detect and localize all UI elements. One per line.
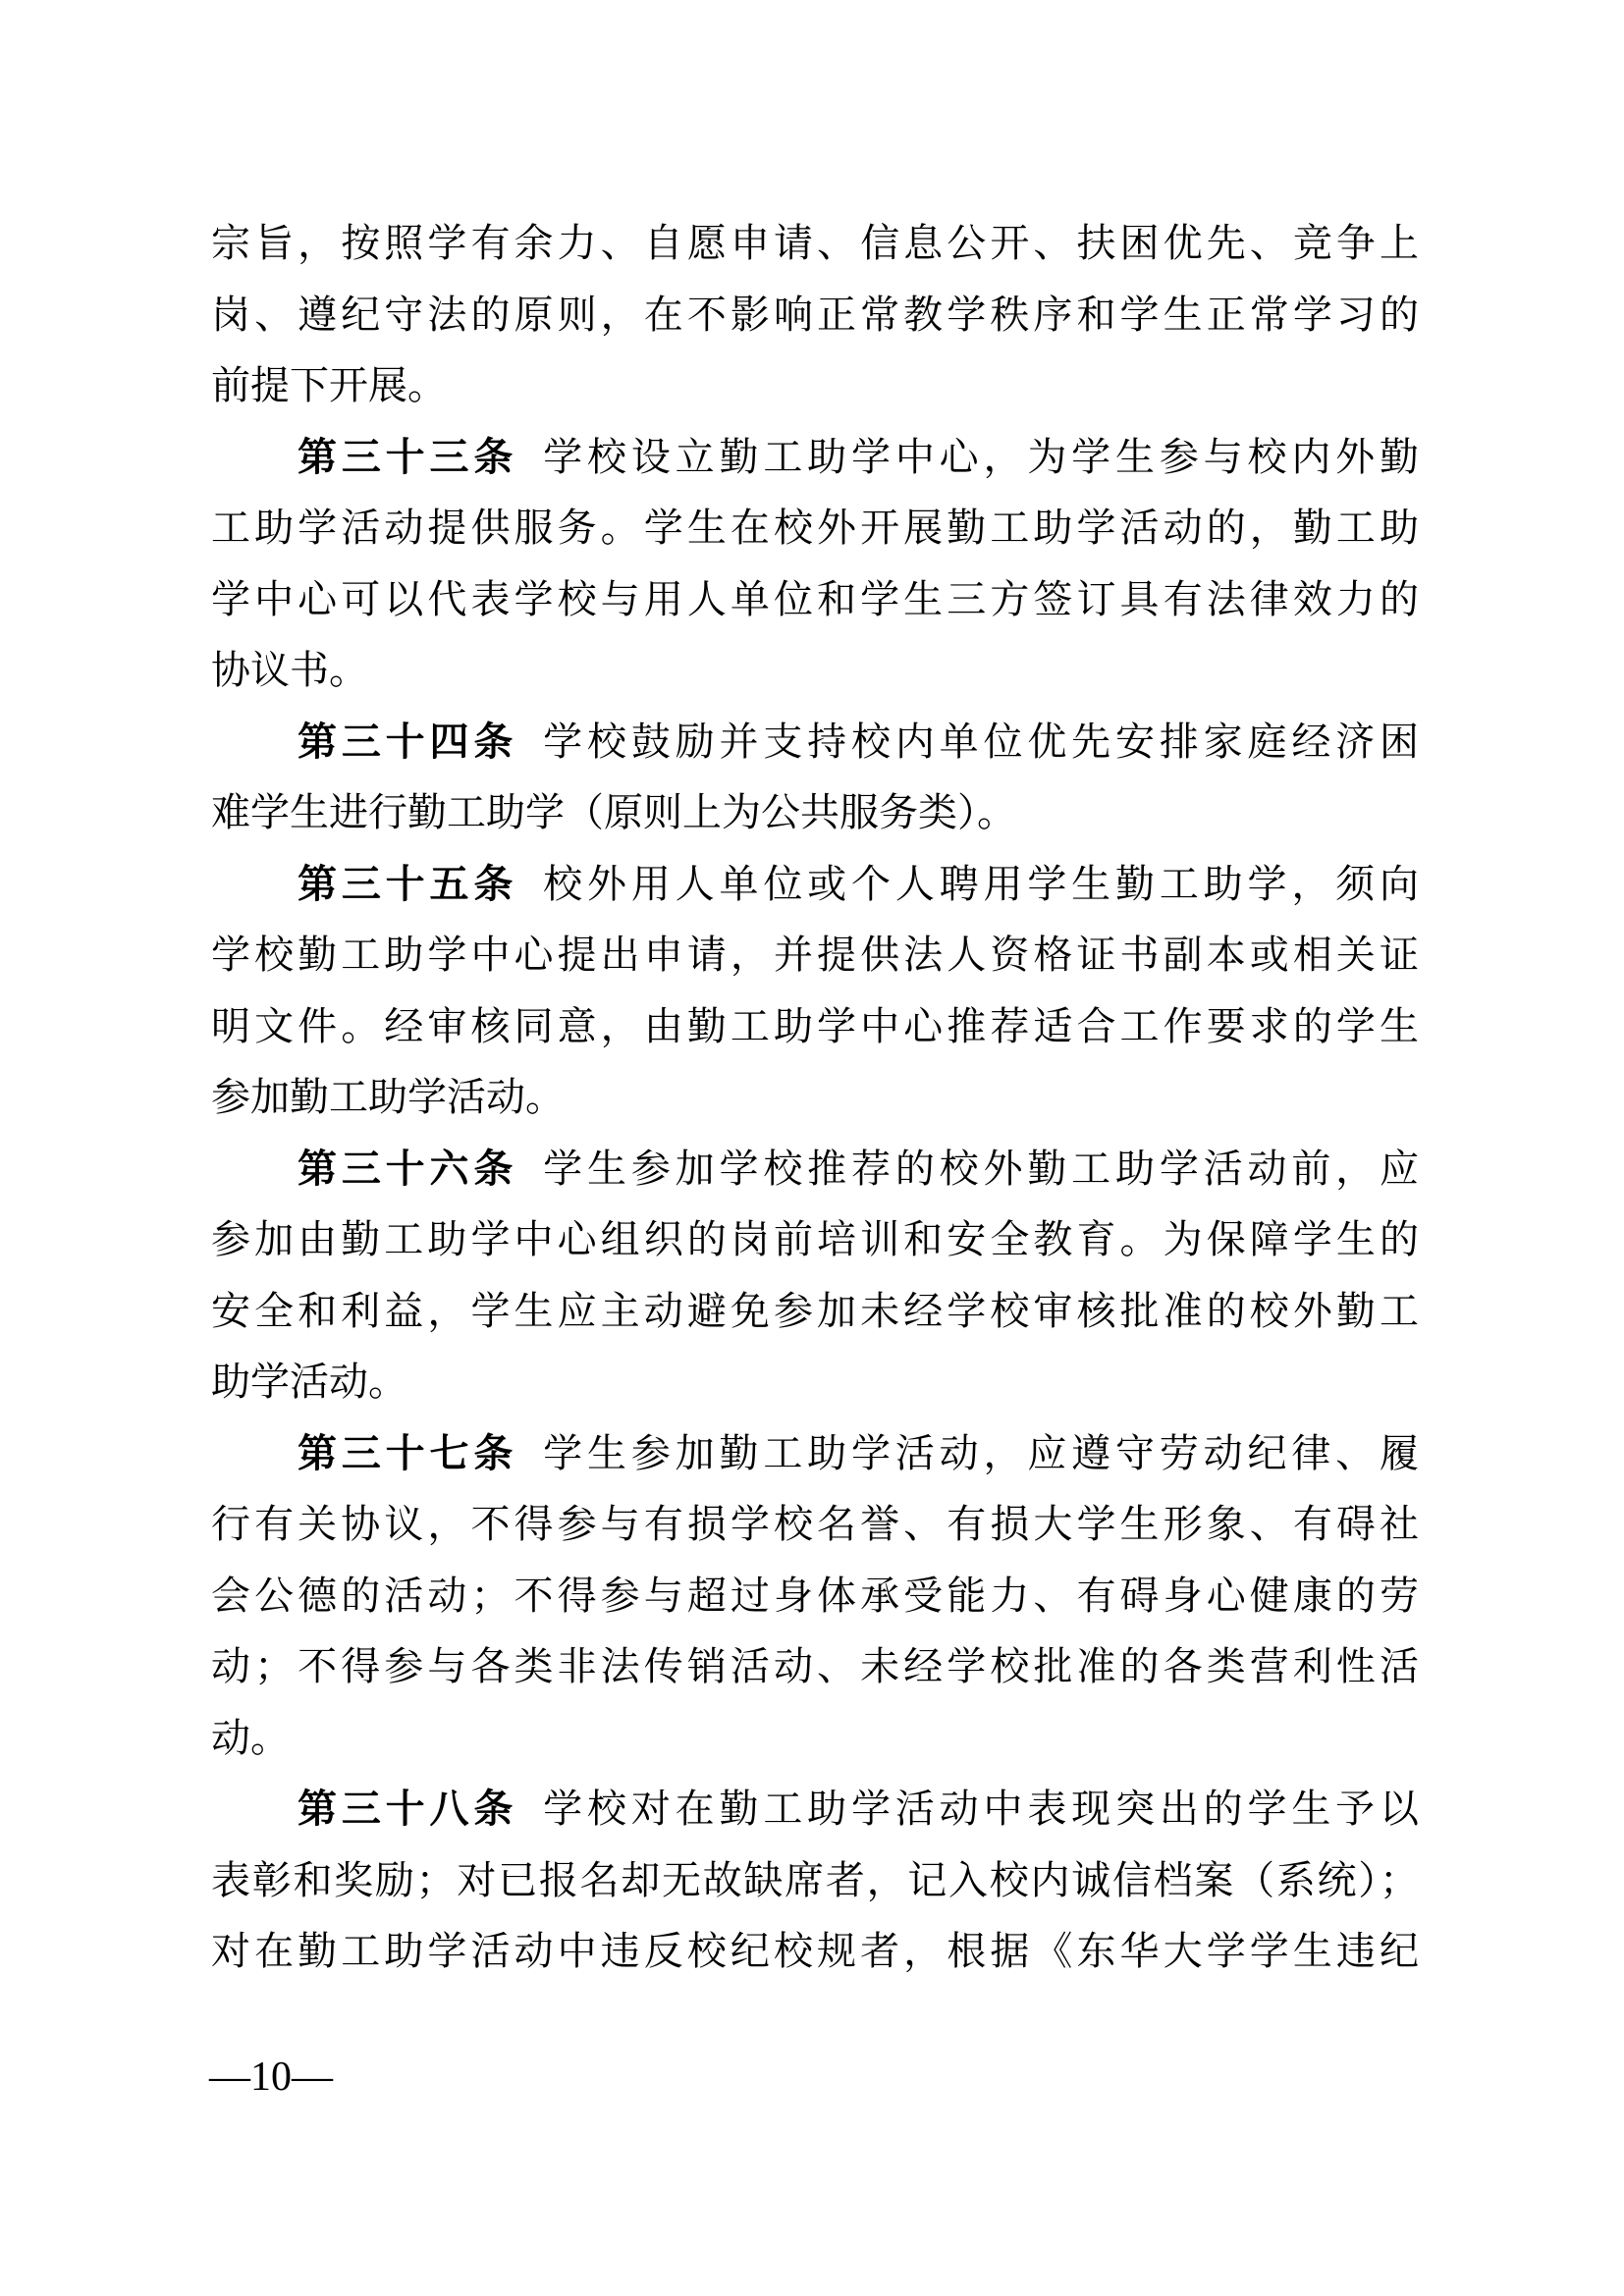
- line-text: 助学活动。: [211, 1360, 407, 1404]
- text-line: 行有关协议，不得参与有损学校名誉、有损大学生形象、有碍社: [211, 1489, 1419, 1561]
- text-line: 表彰和奖励；对已报名却无故缺席者，记入校内诚信档案（系统）；: [211, 1845, 1419, 1917]
- document-body-text: 宗旨，按照学有余力、自愿申请、信息公开、扶困优先、竞争上 岗、遵纪守法的原则，在…: [211, 208, 1419, 1988]
- line-text: 动；不得参与各类非法传销活动、未经学校批准的各类营利性活: [211, 1644, 1419, 1688]
- text-line: 学中心可以代表学校与用人单位和学生三方签订具有法律效力的: [211, 564, 1419, 636]
- text-line: 难学生进行勤工助学（原则上为公共服务类）。: [211, 777, 1419, 849]
- line-text: 学中心可以代表学校与用人单位和学生三方签订具有法律效力的: [211, 577, 1419, 621]
- text-line: 学校勤工助学中心提出申请，并提供法人资格证书副本或相关证: [211, 920, 1419, 991]
- text-line: 岗、遵纪守法的原则，在不影响正常教学秩序和学生正常学习的: [211, 280, 1419, 351]
- line-text: 学生参加勤工助学活动，应遵守劳动纪律、履: [543, 1431, 1419, 1475]
- line-text: 会公德的活动；不得参与超过身体承受能力、有碍身心健康的劳: [211, 1574, 1419, 1618]
- line-text: 难学生进行勤工助学（原则上为公共服务类）。: [211, 790, 1016, 834]
- document-page: 宗旨，按照学有余力、自愿申请、信息公开、扶困优先、竞争上 岗、遵纪守法的原则，在…: [0, 0, 1624, 2296]
- line-text: 参加勤工助学活动。: [211, 1075, 565, 1119]
- line-text: 协议书。: [211, 648, 368, 692]
- line-text: 学校勤工助学中心提出申请，并提供法人资格证书副本或相关证: [211, 933, 1419, 977]
- line-text: 动。: [211, 1716, 290, 1760]
- text-line: 对在勤工助学活动中违反校纪校规者，根据《东华大学学生违纪: [211, 1916, 1419, 1988]
- line-text: 学校设立勤工助学中心，为学生参与校内外勤: [543, 435, 1419, 479]
- text-line: 动；不得参与各类非法传销活动、未经学校批准的各类营利性活: [211, 1631, 1419, 1703]
- text-line-article-34: 第三十四条学校鼓励并支持校内单位优先安排家庭经济困: [211, 707, 1419, 778]
- text-line-article-37: 第三十七条学生参加勤工助学活动，应遵守劳动纪律、履: [211, 1418, 1419, 1490]
- line-text: 学校对在勤工助学活动中表现突出的学生予以: [543, 1787, 1419, 1831]
- text-line-article-35: 第三十五条校外用人单位或个人聘用学生勤工助学，须向: [211, 849, 1419, 921]
- article-number: 第三十四条: [298, 720, 517, 764]
- text-line: 参加勤工助学活动。: [211, 1062, 1419, 1134]
- text-line: 工助学活动提供服务。学生在校外开展勤工助学活动的，勤工助: [211, 493, 1419, 564]
- text-line-article-36: 第三十六条学生参加学校推荐的校外勤工助学活动前，应: [211, 1134, 1419, 1205]
- article-number: 第三十三条: [298, 435, 517, 479]
- text-line: 宗旨，按照学有余力、自愿申请、信息公开、扶困优先、竞争上: [211, 208, 1419, 280]
- text-line: 助学活动。: [211, 1347, 1419, 1418]
- line-text: 宗旨，按照学有余力、自愿申请、信息公开、扶困优先、竞争上: [211, 221, 1419, 265]
- text-line: 会公德的活动；不得参与超过身体承受能力、有碍身心健康的劳: [211, 1561, 1419, 1632]
- text-line-article-33: 第三十三条学校设立勤工助学中心，为学生参与校内外勤: [211, 422, 1419, 494]
- line-text: 前提下开展。: [211, 363, 447, 407]
- line-text: 学生参加学校推荐的校外勤工助学活动前，应: [543, 1147, 1419, 1191]
- article-number: 第三十八条: [298, 1787, 517, 1831]
- line-text: 明文件。经审核同意，由勤工助学中心推荐适合工作要求的学生: [211, 1004, 1419, 1048]
- text-line: 协议书。: [211, 635, 1419, 707]
- line-text: 对在勤工助学活动中违反校纪校规者，根据《东华大学学生违纪: [211, 1929, 1419, 1973]
- line-text: 岗、遵纪守法的原则，在不影响正常教学秩序和学生正常学习的: [211, 293, 1419, 337]
- page-number: —10—: [209, 2048, 333, 2107]
- text-line: 参加由勤工助学中心组织的岗前培训和安全教育。为保障学生的: [211, 1204, 1419, 1276]
- article-number: 第三十六条: [298, 1147, 517, 1191]
- line-text: 工助学活动提供服务。学生在校外开展勤工助学活动的，勤工助: [211, 506, 1419, 550]
- line-text: 校外用人单位或个人聘用学生勤工助学，须向: [543, 862, 1419, 906]
- line-text: 参加由勤工助学中心组织的岗前培训和安全教育。为保障学生的: [211, 1217, 1419, 1261]
- line-text: 安全和利益，学生应主动避免参加未经学校审核批准的校外勤工: [211, 1289, 1419, 1333]
- text-line: 动。: [211, 1703, 1419, 1775]
- article-number: 第三十五条: [298, 862, 517, 906]
- text-line: 安全和利益，学生应主动避免参加未经学校审核批准的校外勤工: [211, 1276, 1419, 1348]
- text-line: 明文件。经审核同意，由勤工助学中心推荐适合工作要求的学生: [211, 991, 1419, 1063]
- line-text: 表彰和奖励；对已报名却无故缺席者，记入校内诚信档案（系统）；: [211, 1858, 1419, 1902]
- line-text: 行有关协议，不得参与有损学校名誉、有损大学生形象、有碍社: [211, 1502, 1419, 1546]
- text-line-article-38: 第三十八条学校对在勤工助学活动中表现突出的学生予以: [211, 1774, 1419, 1845]
- line-text: 学校鼓励并支持校内单位优先安排家庭经济困: [543, 720, 1419, 764]
- text-line: 前提下开展。: [211, 350, 1419, 422]
- article-number: 第三十七条: [298, 1431, 517, 1475]
